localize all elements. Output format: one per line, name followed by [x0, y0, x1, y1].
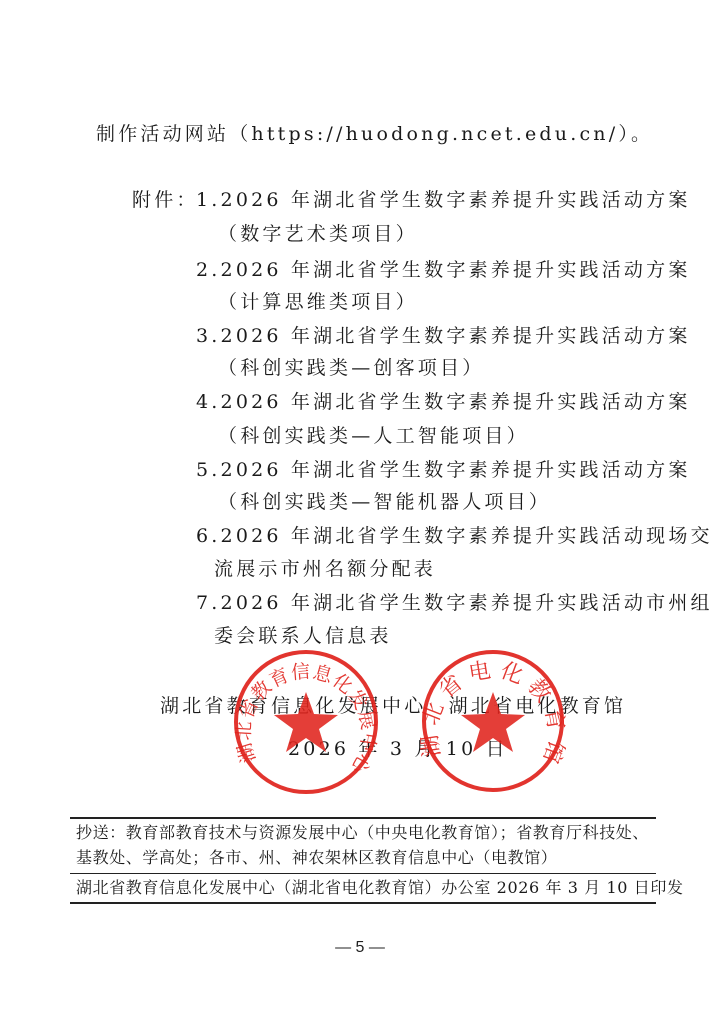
- attachment-2-subtitle: （计算思维类项目）: [218, 290, 418, 314]
- issued-line: 湖北省教育信息化发展中心（湖北省电化教育馆）办公室 2026 年 3 月 10 …: [76, 877, 684, 899]
- attachment-6-subtitle: 流展示市州名额分配表: [214, 557, 436, 581]
- footer-middle-rule: [70, 873, 656, 874]
- cc-line-1: 抄送：教育部教育技术与资源发展中心（中央电化教育馆）；省教育厅科技处、: [76, 822, 649, 844]
- attachment-7-subtitle: 委会联系人信息表: [214, 624, 392, 648]
- attachment-5-title: 5.2026 年湖北省学生数字素养提升实践活动方案: [196, 458, 691, 482]
- attachment-4-subtitle: （科创实践类—人工智能项目）: [218, 424, 529, 448]
- attachment-3-subtitle: （科创实践类—创客项目）: [218, 356, 484, 380]
- official-seal-icon: 湖北省电化教育馆: [420, 648, 566, 794]
- official-seal-icon: 湖北省教育信息化发展中心: [232, 648, 380, 796]
- attachments-label: 附件：: [132, 188, 199, 212]
- attachment-4-title: 4.2026 年湖北省学生数字素养提升实践活动方案: [196, 390, 691, 414]
- attachment-2-title: 2.2026 年湖北省学生数字素养提升实践活动方案: [196, 258, 691, 282]
- footer-bottom-rule: [70, 902, 656, 904]
- attachment-7-title: 7.2026 年湖北省学生数字素养提升实践活动市州组: [196, 591, 713, 615]
- intro-line: 制作活动网站（https://huodong.ncet.edu.cn/）。: [96, 122, 653, 146]
- attachment-3-title: 3.2026 年湖北省学生数字素养提升实践活动方案: [196, 324, 691, 348]
- attachment-1-title: 1.2026 年湖北省学生数字素养提升实践活动方案: [196, 188, 691, 212]
- cc-line-2: 基教处、学高处；各市、州、神农架林区教育信息中心（电教馆）: [76, 847, 557, 869]
- page-number: — 5 —: [0, 939, 720, 957]
- footer-top-rule: [70, 817, 656, 819]
- attachment-5-subtitle: （科创实践类—智能机器人项目）: [218, 490, 551, 514]
- attachment-6-title: 6.2026 年湖北省学生数字素养提升实践活动现场交: [196, 524, 713, 548]
- attachment-1-subtitle: （数字艺术类项目）: [218, 222, 418, 246]
